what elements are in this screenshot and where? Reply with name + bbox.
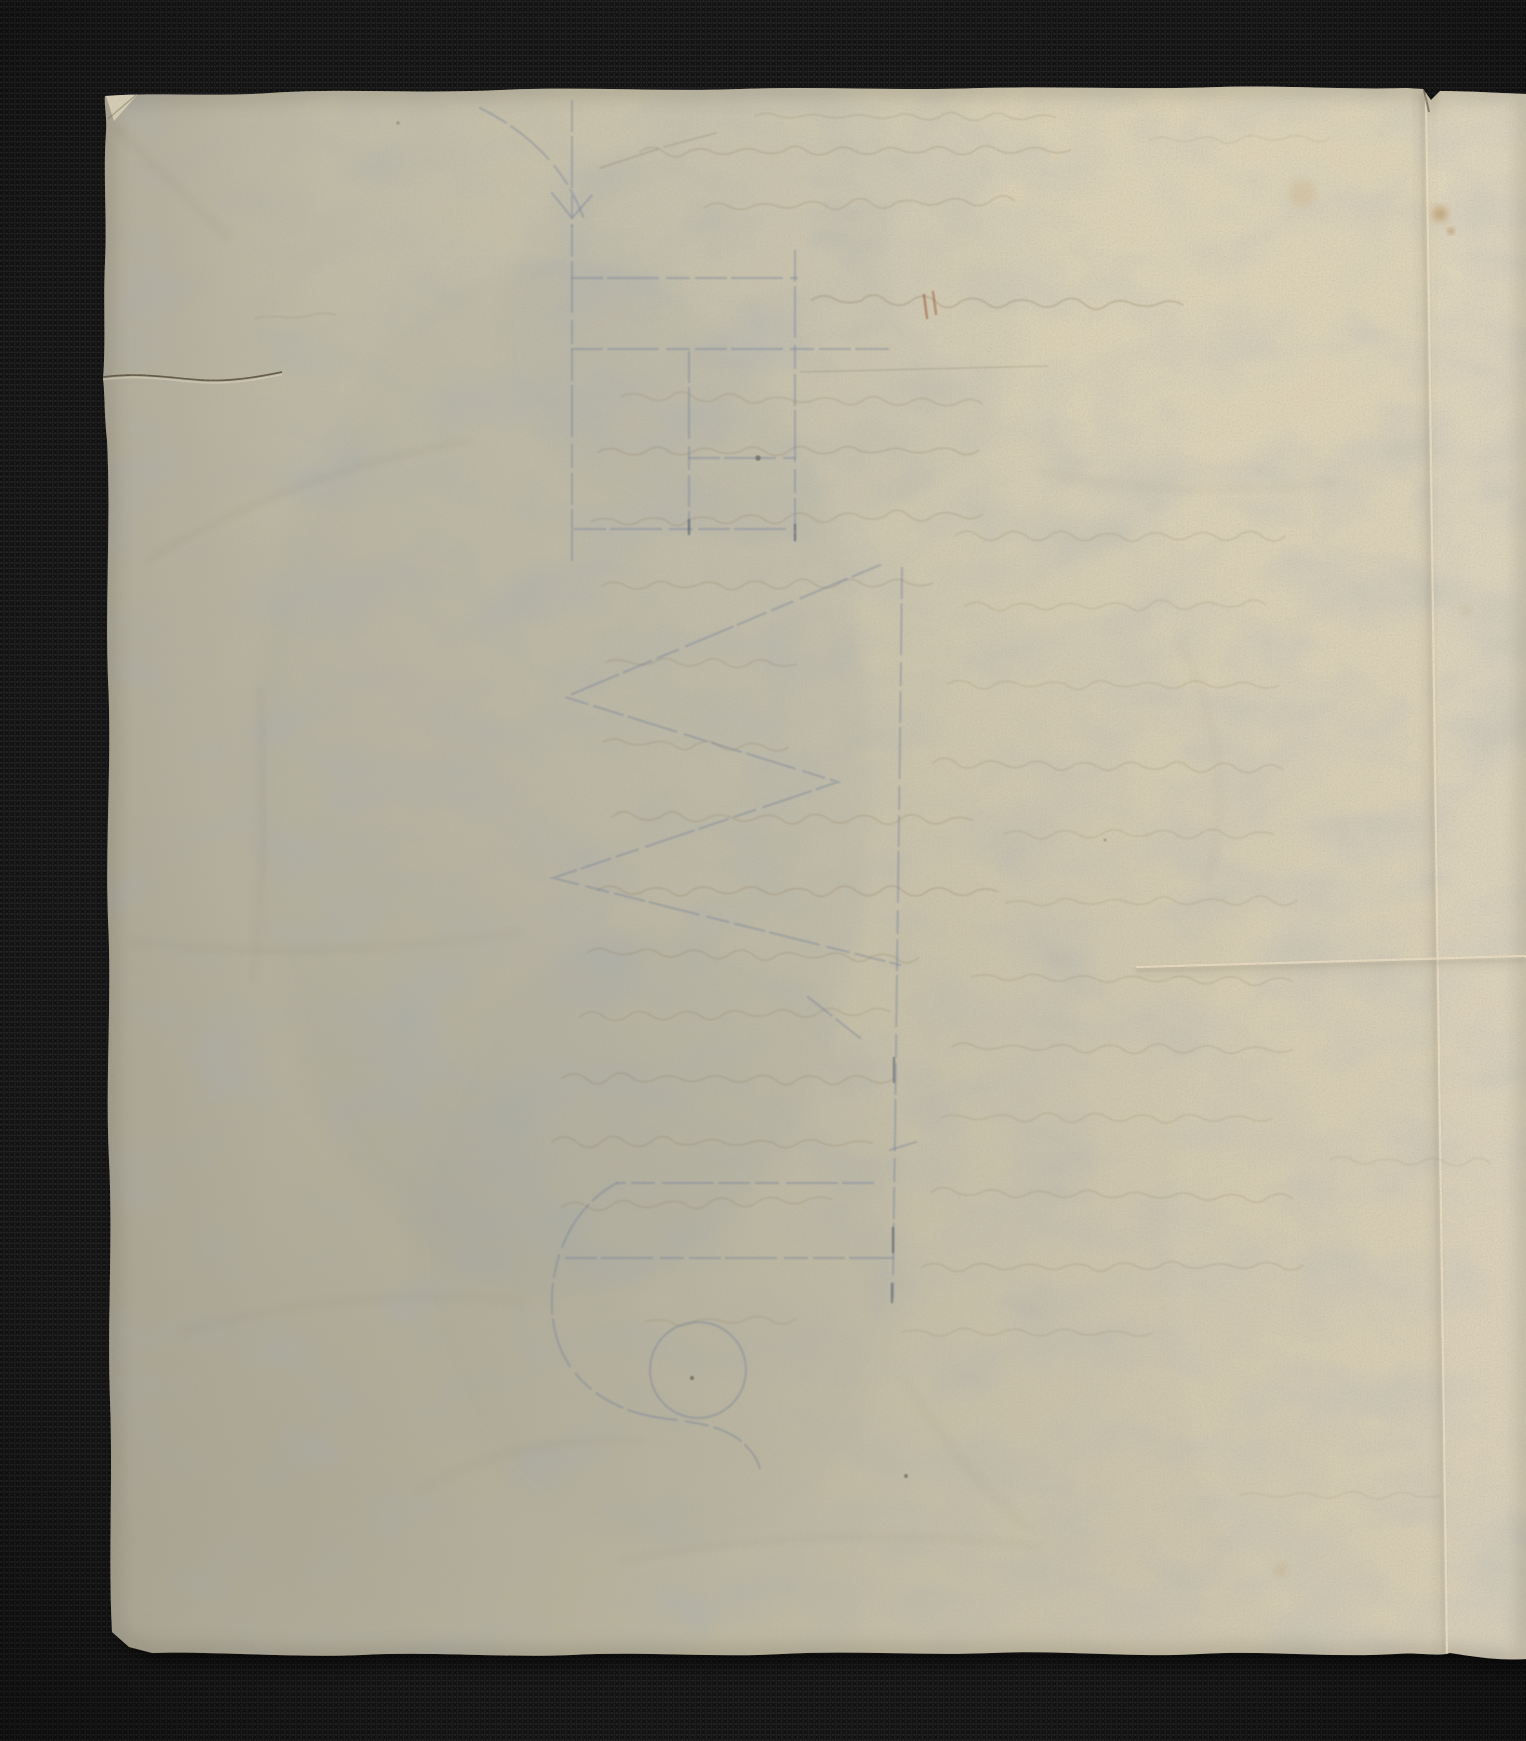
- photograph: [0, 0, 1526, 1741]
- paper-surface: [0, 0, 1526, 1741]
- paper-grain-light: [0, 0, 1526, 1741]
- scanned-letter-photo: [0, 0, 1526, 1741]
